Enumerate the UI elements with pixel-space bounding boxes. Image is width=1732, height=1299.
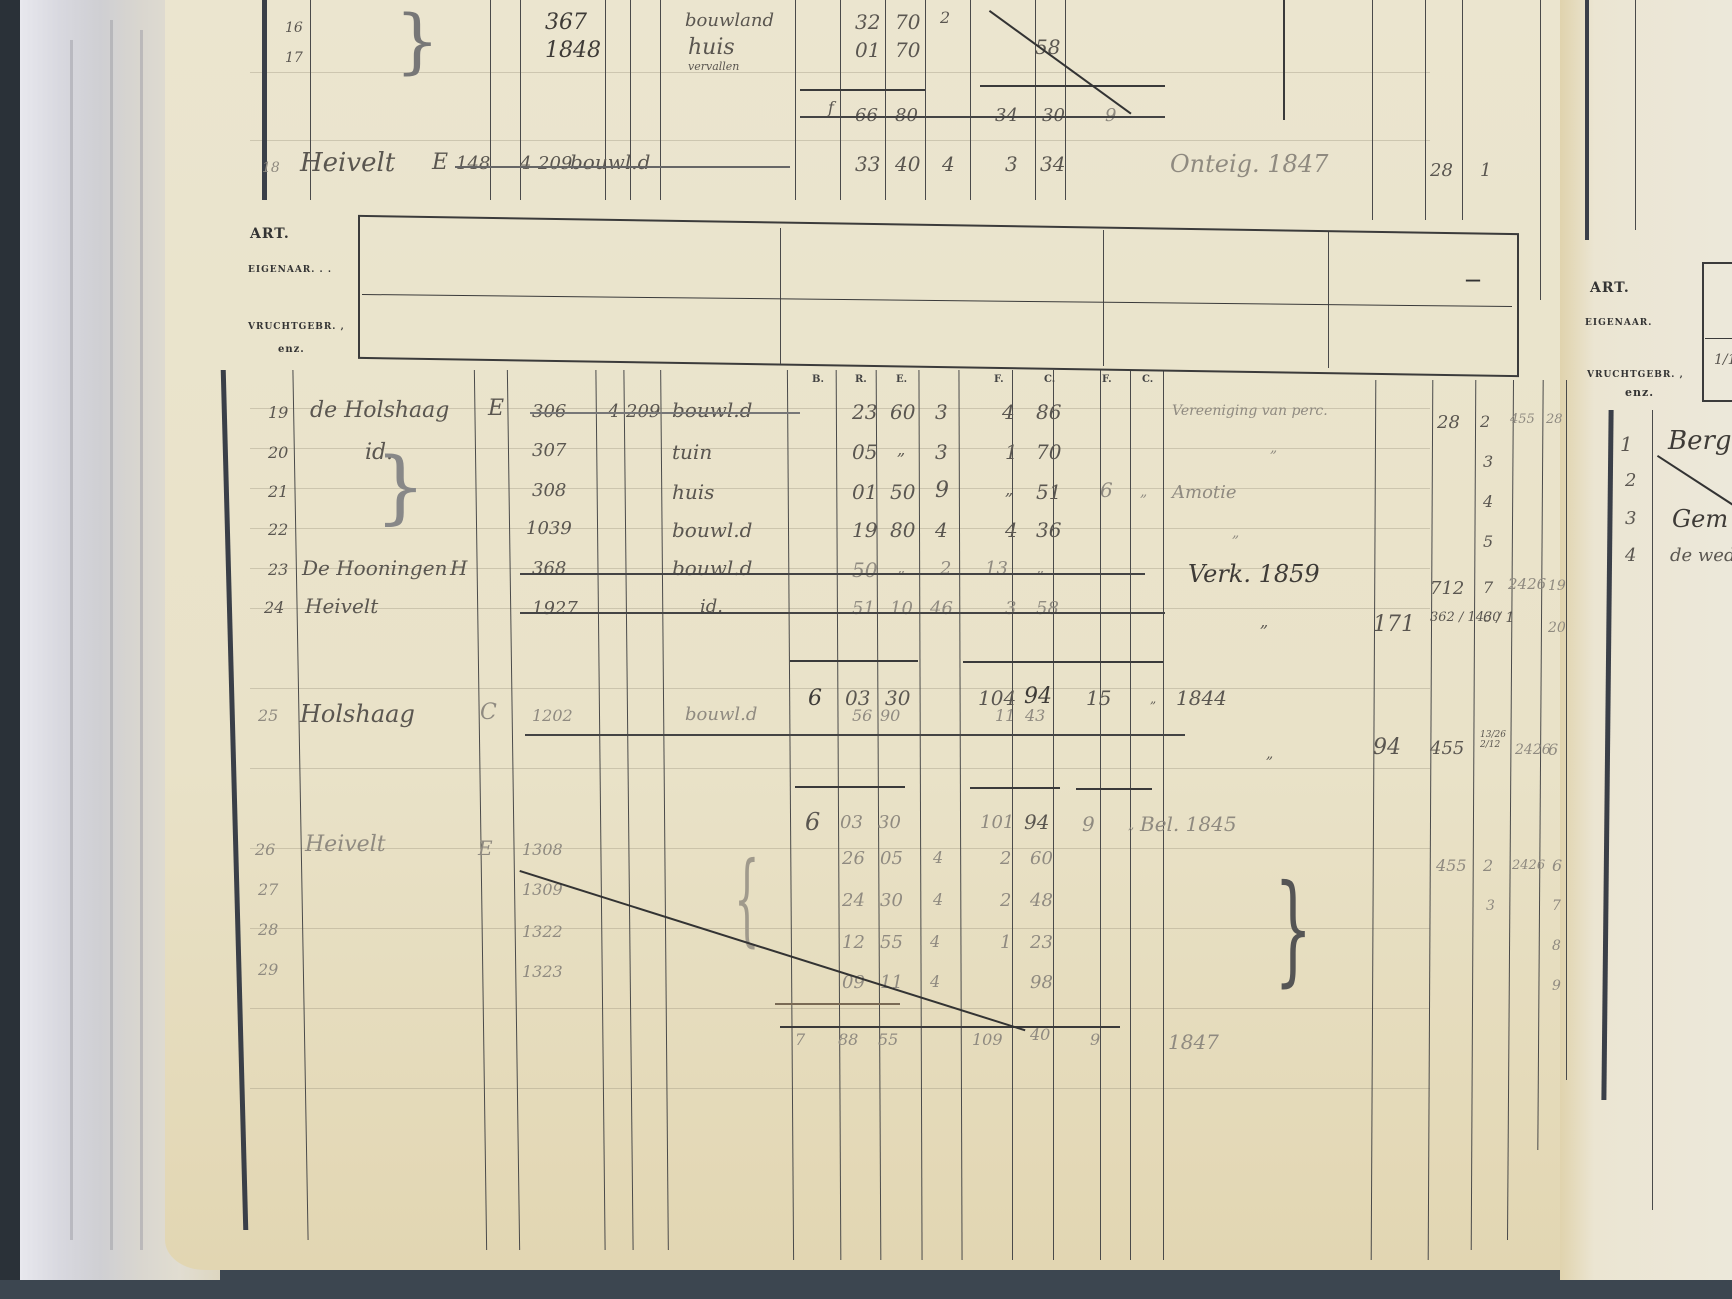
parcel-number: 148 <box>456 153 490 174</box>
row-number: 23 <box>268 560 288 579</box>
reference-3: 2426 <box>1515 742 1551 758</box>
class: 2 <box>940 8 950 27</box>
row-number: 20 <box>268 443 288 462</box>
column-line <box>1035 0 1036 200</box>
parcel-nature: bouwl.d <box>672 518 752 542</box>
margin-rule-right-page <box>1585 0 1589 240</box>
brace-mark: } <box>395 0 440 82</box>
column-line <box>970 0 971 200</box>
parcel-number: 1039 <box>526 518 572 539</box>
right-row-text: Gem <box>1672 505 1728 533</box>
row-number: 25 <box>258 706 278 725</box>
remark: Onteig. 1847 <box>1170 150 1328 178</box>
income-f: 4 <box>1002 400 1015 424</box>
page-edge-line <box>70 40 73 1240</box>
area-e: 05 <box>880 848 903 869</box>
parcel-nature: bouwl.d <box>672 556 752 580</box>
subtotal-rule <box>795 786 905 788</box>
reference-4: 6 <box>1548 740 1558 759</box>
place-name: De Hooningen <box>302 556 447 580</box>
total-income-f: 109 <box>972 1030 1003 1049</box>
reference-4: 6 <box>1552 856 1562 875</box>
ruled-line <box>250 488 1430 489</box>
income-c: 98 <box>1030 972 1053 993</box>
parcel-number: 1308 <box>522 840 563 859</box>
total-income-c: 40 <box>1030 1025 1050 1044</box>
parcel-number: 1322 <box>522 922 563 941</box>
income-f: 11 <box>995 706 1015 725</box>
reference-4: 7 <box>1552 898 1561 914</box>
right-header-box-mark: 1/1 <box>1714 352 1732 368</box>
subtotal-rule <box>800 89 925 91</box>
area-r: 26 <box>842 848 865 869</box>
reference-2: 4 <box>1483 492 1493 511</box>
subtotal-income-f: 101 <box>980 812 1014 833</box>
subtotal-income-c: 94 <box>1024 810 1049 834</box>
ruled-line <box>250 528 1430 529</box>
reference-4: 8 <box>1552 938 1561 954</box>
column-line <box>1372 0 1373 220</box>
column-line <box>925 0 926 200</box>
extra-c: „ <box>1140 484 1147 500</box>
reference-3: 2426 <box>1508 575 1546 593</box>
income-f: 13 <box>985 558 1008 579</box>
subtotal-area-e: 30 <box>878 812 901 833</box>
reference-left: 171 <box>1373 612 1415 637</box>
strikethrough <box>525 734 1185 736</box>
row-number: 18 <box>262 160 280 176</box>
income-f: 1 <box>1000 932 1011 953</box>
label-enz: enz. <box>278 344 305 355</box>
reference-4: 19 <box>1548 578 1566 594</box>
row-number: 17 <box>285 50 303 66</box>
reference: 712 <box>1430 578 1464 599</box>
label-eigenaar: EIGENAAR. . . <box>248 265 332 275</box>
row-number: 19 <box>268 403 288 422</box>
column-line <box>1540 0 1541 300</box>
class: 2 <box>940 558 951 579</box>
column-line <box>840 0 841 200</box>
area-r: 56 <box>852 706 872 725</box>
parcel-nature: tuin <box>672 440 712 464</box>
area-e: 70 <box>895 38 920 62</box>
right-owner-header-box <box>1702 262 1732 402</box>
remark: Amotie <box>1172 482 1237 503</box>
class: 46 <box>930 598 953 619</box>
vertical-pen-mark <box>1283 0 1285 120</box>
parcel-nature: bouwl.d <box>685 704 757 725</box>
income-c: 34 <box>1040 152 1065 176</box>
reference-2: 5 <box>1483 532 1493 551</box>
subtotal-rule <box>1076 788 1152 790</box>
label-art: ART. <box>250 226 290 242</box>
area-e: 40 <box>895 152 920 176</box>
reference-2: 1 <box>1480 160 1491 181</box>
reference-4: 9 <box>1552 978 1561 994</box>
right-label-eigenaar: EIGENAAR. <box>1585 318 1652 328</box>
parcel-number: 1848 <box>545 38 601 63</box>
place-name: Holshaag <box>300 700 415 728</box>
area-r: 32 <box>855 10 880 34</box>
class: 3 <box>935 400 948 424</box>
reference-3: 455 <box>1510 412 1535 427</box>
subtotal-rule <box>790 660 918 662</box>
area-r: 05 <box>852 440 877 464</box>
column-line <box>1652 410 1653 1210</box>
column-line <box>1130 370 1131 1260</box>
row-number: 24 <box>264 598 284 617</box>
area-r: 01 <box>852 480 877 504</box>
total-area-e: 55 <box>878 1030 898 1049</box>
ruled-line <box>250 928 1430 929</box>
right-row-number: 2 <box>1625 470 1636 491</box>
parcel-nature: huis <box>688 35 735 60</box>
column-line <box>660 0 661 200</box>
right-row-number: 4 <box>1625 545 1636 566</box>
column-header-b: B. <box>812 374 824 385</box>
reference-2: 3 <box>1486 898 1495 914</box>
row-number: 28 <box>258 920 278 939</box>
class: 4 <box>935 518 948 542</box>
header-box-mark: — <box>1465 270 1482 289</box>
parcel-nature: bouwl.d <box>570 150 650 174</box>
parcel-number: 1927 <box>532 598 578 619</box>
column-header-f2: F. <box>1102 374 1112 385</box>
area-e: 70 <box>895 10 920 34</box>
income-f: 1 <box>1005 440 1018 464</box>
place-name: Heivelt <box>300 148 395 178</box>
right-label-art: ART. <box>1590 280 1630 296</box>
section-letter: E <box>432 150 448 175</box>
strikethrough <box>530 412 800 414</box>
parcel-number: 1202 <box>532 706 573 725</box>
subtotal-area-h: 6 <box>808 686 822 711</box>
area-e: 50 <box>890 480 915 504</box>
right-row-text: Berg <box>1668 426 1732 456</box>
map-number: 4 <box>520 153 531 174</box>
income-c: 36 <box>1036 518 1061 542</box>
row-number: 29 <box>258 960 278 979</box>
area-e: 60 <box>890 400 915 424</box>
row-number: 21 <box>268 482 288 501</box>
area-e: 90 <box>880 706 900 725</box>
class: 4 <box>930 972 940 991</box>
total-area-r: 88 <box>838 1030 858 1049</box>
row-number: 22 <box>268 520 288 539</box>
column-header-r: R. <box>855 374 867 385</box>
place-name: Heivelt <box>305 832 386 857</box>
subtotal-extra-c: „ <box>1150 692 1156 706</box>
income-c: 43 <box>1025 706 1045 725</box>
right-label-vruchtgebr: VRUCHTGEBR. , <box>1587 370 1684 380</box>
header-box-divider <box>780 228 781 364</box>
column-line <box>1635 0 1636 230</box>
reference-4: 28 <box>1546 412 1563 427</box>
area-e: 55 <box>880 932 903 953</box>
total-remark: 1847 <box>1168 1030 1219 1054</box>
class: 4 <box>942 152 955 176</box>
income-f: 4 <box>1005 518 1018 542</box>
header-box-divider <box>1328 232 1329 368</box>
column-line <box>1425 0 1426 220</box>
subtotal-extra-f: 9 <box>1082 812 1095 836</box>
right-row-number: 1 <box>1620 432 1633 456</box>
area-e: 10 <box>890 598 913 619</box>
label-vruchtgebr: VRUCHTGEBR. , <box>248 322 345 332</box>
reference: 28 <box>1437 412 1460 433</box>
area-r: 50 <box>852 558 877 582</box>
area-r: 24 <box>842 890 865 911</box>
ruled-line <box>250 768 1430 769</box>
area-r: 51 <box>852 598 875 619</box>
parcel-nature-sub: vervallen <box>688 60 739 73</box>
income-c: 60 <box>1030 848 1053 869</box>
parcel-number: 308 <box>532 480 566 501</box>
reference-2: 3 <box>1483 452 1493 471</box>
ruled-line <box>250 448 1430 449</box>
income-f: 2 <box>1000 890 1011 911</box>
subtotal-area-h: 6 <box>805 808 820 836</box>
remark: „ <box>1266 746 1273 762</box>
income-f: 2 <box>1000 848 1011 869</box>
section-letter: C <box>480 700 497 725</box>
remark: „ <box>1270 440 1277 456</box>
subtotal-extra-c: „ <box>1128 818 1134 832</box>
reference: 455 <box>1436 856 1467 875</box>
column-header-f: F. <box>994 374 1004 385</box>
subtotal-rule <box>970 787 1060 789</box>
subtotal-prefix: f <box>828 98 834 117</box>
column-line <box>1100 370 1101 1260</box>
row-number: 26 <box>255 840 275 859</box>
row-number: 27 <box>258 880 278 899</box>
parcel-nature: huis <box>672 480 714 504</box>
income-c: 48 <box>1030 890 1053 911</box>
strikethrough <box>520 612 1165 614</box>
parcel-nature: bouwl.d <box>672 398 752 422</box>
parcel-number: 1323 <box>522 962 563 981</box>
class: 4 <box>930 932 940 951</box>
parcel-number: 368 <box>532 558 566 579</box>
area-e: „ <box>897 440 905 459</box>
strikethrough <box>455 166 790 168</box>
column-header-c2: C. <box>1142 374 1153 385</box>
area-r: 19 <box>852 518 877 542</box>
reference-2: 2 <box>1480 412 1490 431</box>
income-f: „ <box>1005 480 1013 499</box>
reference-2: 2 <box>1483 856 1493 875</box>
right-header-box-rule <box>1705 338 1732 339</box>
income-c: 70 <box>1036 440 1061 464</box>
remark: Verk. 1859 <box>1188 560 1320 588</box>
ruled-line <box>250 608 1430 609</box>
remark: Vereeniging van perc. <box>1172 403 1328 419</box>
area-r: 01 <box>855 38 880 62</box>
area-r: 33 <box>855 152 880 176</box>
right-label-enz: enz. <box>1625 386 1654 399</box>
place-name: de Holshaag <box>310 398 449 423</box>
book-binding-edge <box>0 0 20 1299</box>
remark: „ <box>1232 525 1239 541</box>
section-letter: E <box>488 396 504 421</box>
brace-mark: } <box>375 440 426 533</box>
income-c: 23 <box>1030 932 1053 953</box>
ruled-line <box>250 848 1430 849</box>
class: 4 <box>933 890 943 909</box>
class: 9 <box>935 478 949 503</box>
parcel-number: 307 <box>532 440 566 461</box>
income-f: 3 <box>1005 598 1016 619</box>
total-area-h: 7 <box>795 1030 805 1049</box>
brace-mark: } <box>1274 860 1312 999</box>
remark: „ <box>1260 612 1268 631</box>
reference: 455 <box>1430 738 1464 759</box>
reference-2: 13/26 2/12 <box>1480 730 1508 750</box>
total-rule <box>780 1026 1120 1028</box>
strikethrough <box>520 573 1145 575</box>
income-c: 51 <box>1036 480 1061 504</box>
subtotal-rule <box>980 85 1165 87</box>
ruled-line <box>250 688 1430 689</box>
place-name: Heivelt <box>305 594 378 618</box>
table-surface <box>0 1280 1732 1299</box>
column-line <box>1566 380 1567 1080</box>
subtotal-remark: 1844 <box>1176 686 1227 710</box>
area-r: 12 <box>842 932 865 953</box>
reference-2: 7 <box>1483 578 1493 597</box>
class: 3 <box>935 440 948 464</box>
column-line <box>795 0 796 200</box>
section-letter: H <box>450 556 467 580</box>
parcel-number: 367 <box>545 10 587 35</box>
income-c: 58 <box>1036 598 1059 619</box>
reference-2: 6 / 1 <box>1483 610 1514 626</box>
subtotal-remark: Bel. 1845 <box>1140 812 1237 836</box>
reference: 28 <box>1430 160 1453 181</box>
page-edge-line <box>140 30 143 1250</box>
column-header-e: E. <box>896 374 907 385</box>
area-e: 30 <box>880 890 903 911</box>
parcel-nature: bouwland <box>685 10 774 31</box>
column-line <box>1462 0 1463 220</box>
header-box-divider <box>1103 230 1104 366</box>
reference-4: 20 <box>1548 620 1566 636</box>
column-line <box>885 0 886 200</box>
total-extra-f: 9 <box>1090 1030 1100 1049</box>
map-number-2: 209 <box>538 153 572 174</box>
income-f: 3 <box>1005 152 1018 176</box>
class: 4 <box>933 848 943 867</box>
income-c: 86 <box>1036 400 1061 424</box>
area-e: 80 <box>890 518 915 542</box>
subtotal-extra-f: 15 <box>1086 686 1111 710</box>
section-letter: E <box>478 836 493 860</box>
row-number: 16 <box>285 20 303 36</box>
extra-f: 6 <box>1100 478 1113 502</box>
page-edge-line <box>110 20 113 1250</box>
subtotal-rule <box>775 1003 900 1005</box>
area-r: 23 <box>852 400 877 424</box>
reference-3: 2426 <box>1512 858 1545 873</box>
right-row-text: de wed <box>1670 545 1732 566</box>
subtotal-area-r: 03 <box>840 812 863 833</box>
reference-left: 94 <box>1373 735 1401 760</box>
subtotal-rule <box>963 661 1163 663</box>
strikethrough <box>800 116 1165 118</box>
column-header-c: C. <box>1044 374 1055 385</box>
right-row-number: 3 <box>1625 508 1636 529</box>
